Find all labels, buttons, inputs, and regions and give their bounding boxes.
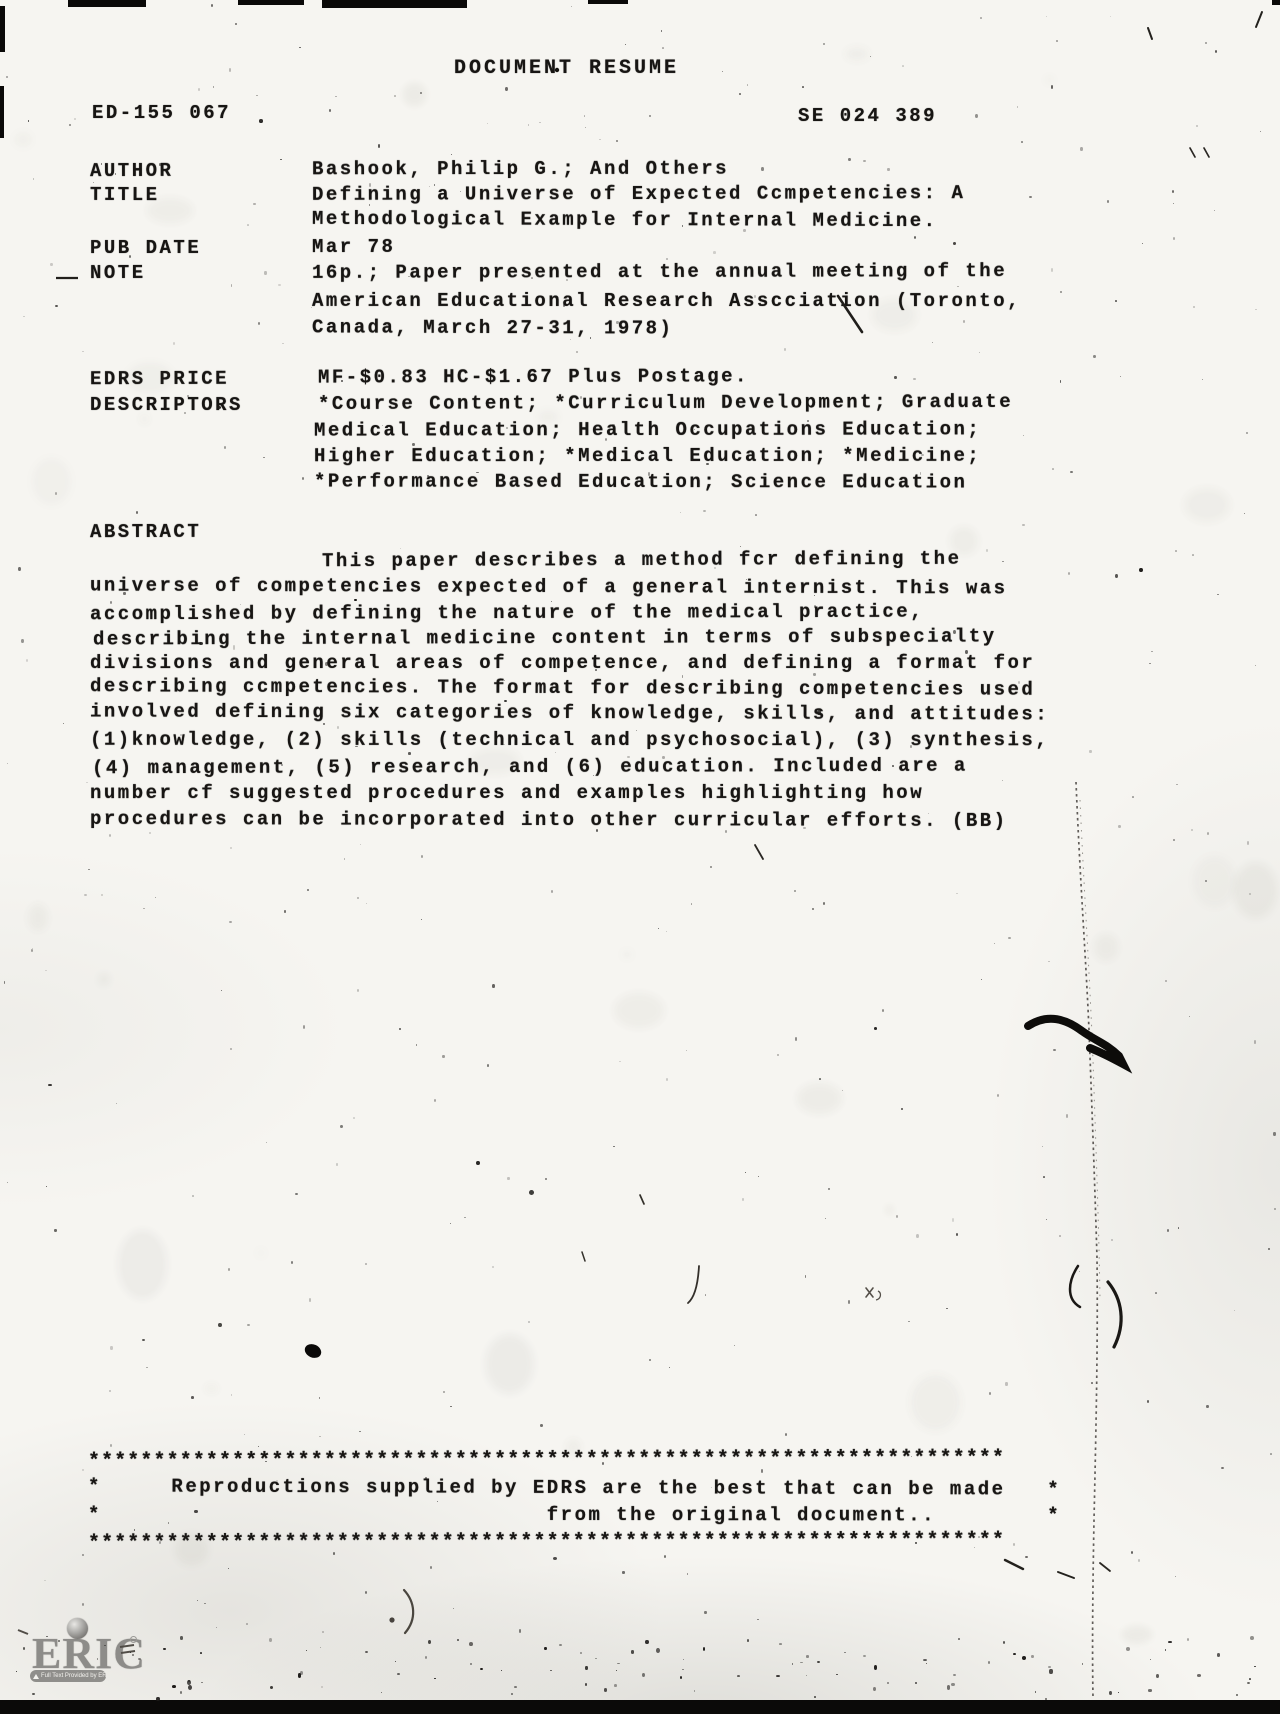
- noise-speck: [1068, 572, 1070, 575]
- noise-speck: [812, 908, 814, 910]
- noise-speck: [901, 1108, 903, 1111]
- noise-speck: [82, 351, 83, 352]
- noise-speck: [777, 1054, 779, 1056]
- noise-speck: [1234, 1310, 1235, 1311]
- noise-speck: [656, 1648, 660, 1653]
- noise-speck: [585, 1666, 587, 1669]
- noise-speck: [981, 979, 982, 980]
- noise-speck: [1111, 1239, 1113, 1241]
- noise-speck: [82, 1469, 84, 1470]
- noise-speck: [988, 1661, 990, 1664]
- noise-speck: [848, 1300, 851, 1304]
- reproduction-notice-border: ****************************************…: [88, 1447, 1005, 1474]
- noise-speck: [580, 1652, 582, 1654]
- noise-speck: [1118, 825, 1120, 828]
- noise-speck: [188, 1685, 192, 1690]
- noise-speck: [550, 1670, 553, 1671]
- noise-speck: [213, 86, 214, 88]
- noise-speck: [951, 1683, 955, 1687]
- noise-speck: [914, 236, 916, 239]
- noise-speck: [1175, 550, 1178, 552]
- noise-speck: [666, 1078, 668, 1081]
- noise-speck: [270, 1686, 273, 1689]
- noise-speck: [649, 115, 651, 117]
- noise-speck: [1207, 832, 1209, 835]
- noise-speck: [902, 65, 904, 67]
- noise-speck: [540, 1424, 543, 1427]
- noise-speck: [109, 834, 111, 837]
- noise-speck: [828, 1188, 830, 1189]
- noise-speck: [344, 858, 345, 860]
- noise-speck: [819, 1078, 821, 1080]
- noise-speck: [823, 902, 825, 905]
- noise-speck: [298, 1673, 302, 1677]
- noise-speck: [1192, 554, 1194, 556]
- noise-speck: [1013, 1653, 1017, 1656]
- noise-speck: [205, 1384, 217, 1393]
- pub-date-value: Mar 78: [312, 236, 395, 259]
- noise-speck: [33, 178, 34, 179]
- noise-speck: [399, 1028, 401, 1030]
- noise-speck: [229, 68, 231, 72]
- noise-speck: [1205, 880, 1207, 882]
- noise-speck: [149, 832, 151, 834]
- edrs-price-value: MF-$0.83 HC-$1.67 Plus Postage.: [318, 365, 749, 389]
- noise-speck: [1060, 291, 1062, 293]
- noise-speck: [321, 1686, 324, 1688]
- noise-speck: [188, 1680, 191, 1682]
- noise-speck: [230, 1048, 232, 1051]
- noise-speck: [1178, 1227, 1179, 1229]
- noise-speck: [1131, 1551, 1133, 1554]
- noise-speck: [1046, 1219, 1047, 1220]
- noise-speck: [742, 1198, 744, 1200]
- noise-speck: [539, 122, 540, 123]
- noise-speck: [1217, 594, 1218, 596]
- descriptors-label: DESCRIPTORS: [90, 394, 243, 417]
- noise-speck: [528, 1321, 529, 1322]
- noise-speck: [46, 1186, 47, 1187]
- noise-speck: [887, 168, 889, 171]
- noise-speck: [613, 1146, 615, 1147]
- noise-speck: [896, 1215, 898, 1218]
- noise-speck: [553, 1557, 558, 1561]
- noise-speck: [354, 599, 357, 602]
- noise-speck: [1173, 203, 1174, 204]
- noise-speck: [365, 1651, 368, 1653]
- noise-speck: [980, 17, 981, 19]
- noise-speck: [953, 242, 956, 245]
- noise-speck: [180, 1636, 183, 1639]
- noise-speck: [191, 1396, 194, 1399]
- noise-speck: [421, 855, 423, 859]
- noise-speck: [224, 446, 226, 448]
- title-line: Methodological Example for Internal Medi…: [312, 208, 938, 233]
- noise-speck: [253, 203, 255, 206]
- abstract-line: number cf suggested procedures and examp…: [90, 782, 924, 805]
- noise-speck: [1254, 1040, 1256, 1043]
- noise-speck: [1008, 937, 1010, 939]
- noise-speck: [957, 286, 959, 287]
- noise-speck: [956, 893, 957, 894]
- noise-speck: [1247, 841, 1250, 845]
- noise-speck: [247, 224, 249, 226]
- noise-speck: [1205, 42, 1207, 43]
- abstract-line: This paper describes a method fcr defini…: [322, 548, 962, 573]
- noise-speck: [874, 1027, 878, 1030]
- noise-speck: [82, 1554, 84, 1556]
- noise-speck: [979, 352, 980, 353]
- noise-speck: [662, 47, 664, 49]
- noise-speck: [269, 1638, 272, 1642]
- noise-speck: [1221, 1467, 1223, 1469]
- noise-speck: [519, 1629, 521, 1633]
- noise-speck: [360, 844, 361, 845]
- noise-speck: [1173, 839, 1175, 840]
- noise-speck: [228, 1568, 229, 1569]
- noise-speck: [823, 43, 825, 46]
- noise-speck: [1002, 561, 1003, 562]
- noise-speck: [848, 158, 850, 161]
- noise-speck: [443, 1391, 445, 1393]
- noise-speck: [1035, 1691, 1037, 1692]
- noise-speck: [836, 1674, 838, 1675]
- noise-speck: [913, 378, 915, 380]
- noise-speck: [529, 1190, 534, 1195]
- noise-speck: [669, 1367, 671, 1368]
- noise-speck: [218, 1323, 222, 1327]
- noise-speck: [947, 1685, 951, 1689]
- noise-speck: [1115, 300, 1117, 302]
- noise-speck: [1187, 1638, 1190, 1641]
- noise-speck: [408, 752, 410, 755]
- noise-speck: [244, 1434, 245, 1435]
- noise-speck: [1191, 829, 1193, 831]
- noise-speck: [507, 1177, 509, 1180]
- noise-speck: [163, 1648, 166, 1649]
- noise-speck: [1249, 893, 1252, 895]
- noise-speck: [1156, 1674, 1159, 1678]
- noise-speck: [109, 1390, 112, 1392]
- noise-speck: [686, 1050, 687, 1051]
- noise-speck: [359, 1431, 361, 1432]
- noise-speck: [908, 1321, 910, 1322]
- noise-speck: [758, 1176, 759, 1177]
- noise-speck: [98, 973, 110, 985]
- noise-speck: [231, 284, 233, 287]
- noise-speck: [18, 567, 21, 571]
- abstract-line: (1)knowledge, (2) skills (technical and …: [90, 729, 1049, 752]
- noise-speck: [599, 139, 600, 140]
- noise-speck: [722, 71, 723, 72]
- noise-speck: [1260, 131, 1261, 133]
- noise-speck: [817, 1661, 819, 1663]
- noise-speck: [734, 1345, 735, 1347]
- reproduction-notice-border: ****************************************…: [88, 1530, 1005, 1557]
- noise-speck: [514, 1686, 517, 1688]
- noise-speck: [32, 458, 71, 504]
- abstract-line: describing the internal medicine content…: [93, 625, 997, 651]
- noise-speck: [230, 847, 232, 849]
- noise-speck: [470, 1663, 472, 1666]
- noise-speck: [146, 1367, 148, 1368]
- noise-speck: [622, 1571, 625, 1573]
- descriptor-line: *Performance Based Education; Science Ed…: [314, 471, 967, 495]
- noise-speck: [800, 1662, 802, 1663]
- noise-speck: [794, 890, 796, 892]
- noise-speck: [32, 948, 33, 949]
- title-label: TITLE: [90, 184, 160, 207]
- noise-speck: [551, 890, 553, 893]
- noise-speck: [1155, 1292, 1157, 1294]
- noise-speck: [761, 167, 763, 171]
- noise-speck: [235, 23, 237, 25]
- noise-speck: [110, 1346, 112, 1349]
- noise-speck: [1270, 1453, 1272, 1455]
- noise-speck: [450, 1406, 451, 1407]
- noise-speck: [740, 546, 741, 547]
- noise-speck: [784, 348, 786, 350]
- noise-speck: [617, 1663, 620, 1664]
- noise-speck: [1175, 1576, 1176, 1577]
- noise-speck: [7, 1182, 8, 1183]
- noise-speck: [802, 86, 804, 88]
- noise-speck: [110, 1444, 112, 1447]
- noise-speck: [747, 84, 748, 86]
- noise-speck: [666, 931, 667, 933]
- noise-speck: [26, 659, 28, 662]
- noise-speck: [1139, 568, 1143, 572]
- noise-speck: [680, 1676, 682, 1679]
- noise-speck: [691, 903, 692, 905]
- noise-speck: [619, 1061, 620, 1063]
- noise-speck: [28, 120, 30, 122]
- abstract-line: universe of competencies expected of a g…: [90, 575, 1008, 601]
- noise-speck: [416, 1044, 417, 1046]
- noise-speck: [469, 1642, 473, 1646]
- noise-speck: [923, 1659, 927, 1661]
- noise-speck: [1094, 934, 1117, 960]
- noise-speck: [703, 510, 706, 512]
- noise-speck: [1167, 1229, 1169, 1232]
- noise-speck: [1082, 1663, 1083, 1665]
- abstract-line: procedures can be incorporated into othe…: [90, 808, 1008, 833]
- noise-speck: [1255, 665, 1256, 666]
- noise-speck: [319, 1397, 320, 1399]
- noise-speck: [1165, 1649, 1166, 1650]
- noise-speck: [400, 548, 401, 549]
- noise-speck: [197, 1600, 199, 1601]
- noise-speck: [1023, 435, 1024, 436]
- noise-speck: [54, 1229, 57, 1231]
- noise-speck: [1042, 1146, 1044, 1147]
- noise-speck: [1022, 524, 1025, 527]
- noise-speck: [116, 1103, 117, 1104]
- noise-speck: [1118, 1692, 1119, 1693]
- noise-speck: [365, 1263, 367, 1265]
- noise-speck: [1206, 1405, 1209, 1408]
- noise-speck: [28, 904, 48, 931]
- noise-speck: [187, 1680, 191, 1686]
- noise-speck: [256, 95, 258, 97]
- noise-speck: [1142, 243, 1143, 245]
- noise-speck: [1025, 1556, 1027, 1558]
- noise-speck: [322, 1631, 324, 1632]
- noise-speck: [705, 1294, 706, 1296]
- noise-speck: [1151, 651, 1153, 652]
- noise-speck: [975, 114, 978, 118]
- noise-speck: [1168, 1641, 1172, 1644]
- noise-speck: [994, 943, 995, 944]
- noise-speck: [257, 1249, 266, 1257]
- noise-speck: [32, 1693, 35, 1695]
- noise-speck: [694, 1690, 696, 1692]
- noise-speck: [1250, 1636, 1254, 1640]
- noise-speck: [1115, 574, 1118, 578]
- abstract-line: accomplished by defining the nature of t…: [90, 601, 924, 626]
- noise-speck: [779, 1643, 782, 1645]
- noise-speck: [142, 1339, 145, 1342]
- noise-speck: [882, 1009, 884, 1012]
- noise-speck: [480, 1668, 483, 1671]
- noise-speck: [204, 1603, 206, 1604]
- noise-speck: [1048, 961, 1049, 962]
- noise-speck: [745, 1172, 746, 1174]
- noise-speck: [198, 88, 201, 91]
- noise-speck: [1110, 16, 1111, 17]
- document-type-title: DOCUMENT RESUME: [454, 57, 679, 81]
- noise-speck: [1274, 1208, 1276, 1210]
- noise-speck: [485, 1334, 535, 1394]
- noise-speck: [302, 477, 304, 480]
- noise-speck: [280, 159, 281, 160]
- noise-speck: [1193, 306, 1194, 308]
- noise-speck: [874, 1665, 877, 1670]
- pub-date-label: PUB DATE: [90, 237, 201, 260]
- noise-speck: [247, 1324, 249, 1326]
- noise-speck: [703, 1647, 705, 1650]
- noise-speck: [1059, 1235, 1061, 1237]
- noise-speck: [910, 1374, 961, 1431]
- noise-speck: [1246, 432, 1248, 435]
- noise-speck: [88, 869, 89, 870]
- noise-speck: [956, 1233, 958, 1236]
- noise-speck: [259, 119, 263, 123]
- noise-speck: [1093, 355, 1096, 358]
- noise-speck: [200, 1652, 202, 1654]
- noise-speck: [228, 1268, 230, 1270]
- se-number: SE 024 389: [798, 105, 937, 128]
- noise-speck: [1049, 1669, 1052, 1673]
- descriptor-line: *Course Content; *Curriculum Development…: [318, 391, 1013, 416]
- noise-speck: [1107, 200, 1109, 202]
- noise-speck: [1150, 1659, 1151, 1660]
- noise-speck: [357, 897, 359, 900]
- noise-speck: [402, 82, 427, 106]
- noise-speck: [645, 1640, 649, 1645]
- noise-speck: [50, 263, 53, 266]
- noise-speck: [1214, 210, 1216, 211]
- noise-speck: [291, 1261, 293, 1264]
- noise-speck: [713, 251, 716, 254]
- noise-speck: [264, 271, 266, 274]
- noise-speck: [442, 1055, 444, 1058]
- noise-speck: [604, 1688, 608, 1692]
- noise-speck: [69, 124, 71, 127]
- noise-speck: [231, 1394, 232, 1396]
- noise-speck: [625, 44, 626, 45]
- noise-speck: [336, 1163, 338, 1165]
- noise-speck: [710, 866, 712, 869]
- noise-speck: [450, 1223, 451, 1224]
- noise-speck: [704, 1611, 706, 1615]
- noise-speck: [21, 639, 24, 643]
- noise-speck: [870, 56, 871, 57]
- noise-speck: [1254, 1666, 1256, 1667]
- noise-speck: [1189, 1016, 1190, 1017]
- noise-speck: [1173, 237, 1175, 240]
- reproduction-notice-line: * from the original document.. *: [88, 1503, 1061, 1527]
- noise-speck: [1148, 1689, 1152, 1691]
- noise-speck: [1249, 1678, 1251, 1680]
- noise-speck: [1215, 50, 1217, 53]
- noise-speck: [295, 1193, 297, 1195]
- noise-speck: [278, 284, 280, 286]
- noise-speck: [885, 1204, 895, 1217]
- noise-speck: [365, 1591, 367, 1594]
- abstract-line: involved defining six categories of know…: [90, 700, 1049, 726]
- descriptor-line: Medical Education; Health Occupations Ed…: [314, 418, 981, 442]
- noise-speck: [776, 1675, 780, 1677]
- noise-speck: [134, 1529, 135, 1531]
- noise-speck: [997, 1094, 999, 1097]
- noise-speck: [381, 1692, 382, 1694]
- noise-speck: [16, 1671, 17, 1672]
- noise-speck: [1126, 1647, 1130, 1651]
- noise-speck: [806, 1655, 810, 1658]
- eric-tagline-text: Full Text Provided by ERIC: [41, 1673, 106, 1679]
- noise-speck: [434, 1099, 437, 1102]
- noise-speck: [378, 144, 381, 148]
- noise-speck: [1147, 1400, 1149, 1403]
- noise-speck: [307, 889, 308, 891]
- noise-speck: [320, 1647, 321, 1648]
- noise-speck: [1013, 1543, 1015, 1546]
- noise-speck: [45, 970, 47, 971]
- noise-speck: [661, 30, 662, 32]
- noise-speck: [687, 1573, 689, 1575]
- noise-speck: [1021, 141, 1023, 143]
- noise-speck: [282, 343, 283, 344]
- noise-speck: [437, 1501, 438, 1503]
- noise-speck: [266, 1142, 267, 1143]
- noise-speck: [329, 109, 332, 112]
- noise-speck: [576, 351, 578, 353]
- noise-speck: [309, 1298, 311, 1301]
- noise-speck: [1060, 380, 1061, 382]
- note-line: Canada, March 27-31, 1978): [312, 316, 674, 340]
- noise-speck: [335, 96, 337, 98]
- eric-banner-triangle-icon: [33, 1674, 39, 1679]
- noise-speck: [84, 894, 87, 896]
- noise-speck: [1046, 16, 1047, 18]
- noise-speck: [434, 1678, 435, 1679]
- noise-speck: [136, 511, 138, 514]
- title-line: Defining a Universe of Expected Ccmpeten…: [312, 182, 965, 207]
- noise-speck: [616, 1670, 617, 1671]
- noise-speck: [571, 6, 572, 7]
- noise-speck: [755, 514, 756, 516]
